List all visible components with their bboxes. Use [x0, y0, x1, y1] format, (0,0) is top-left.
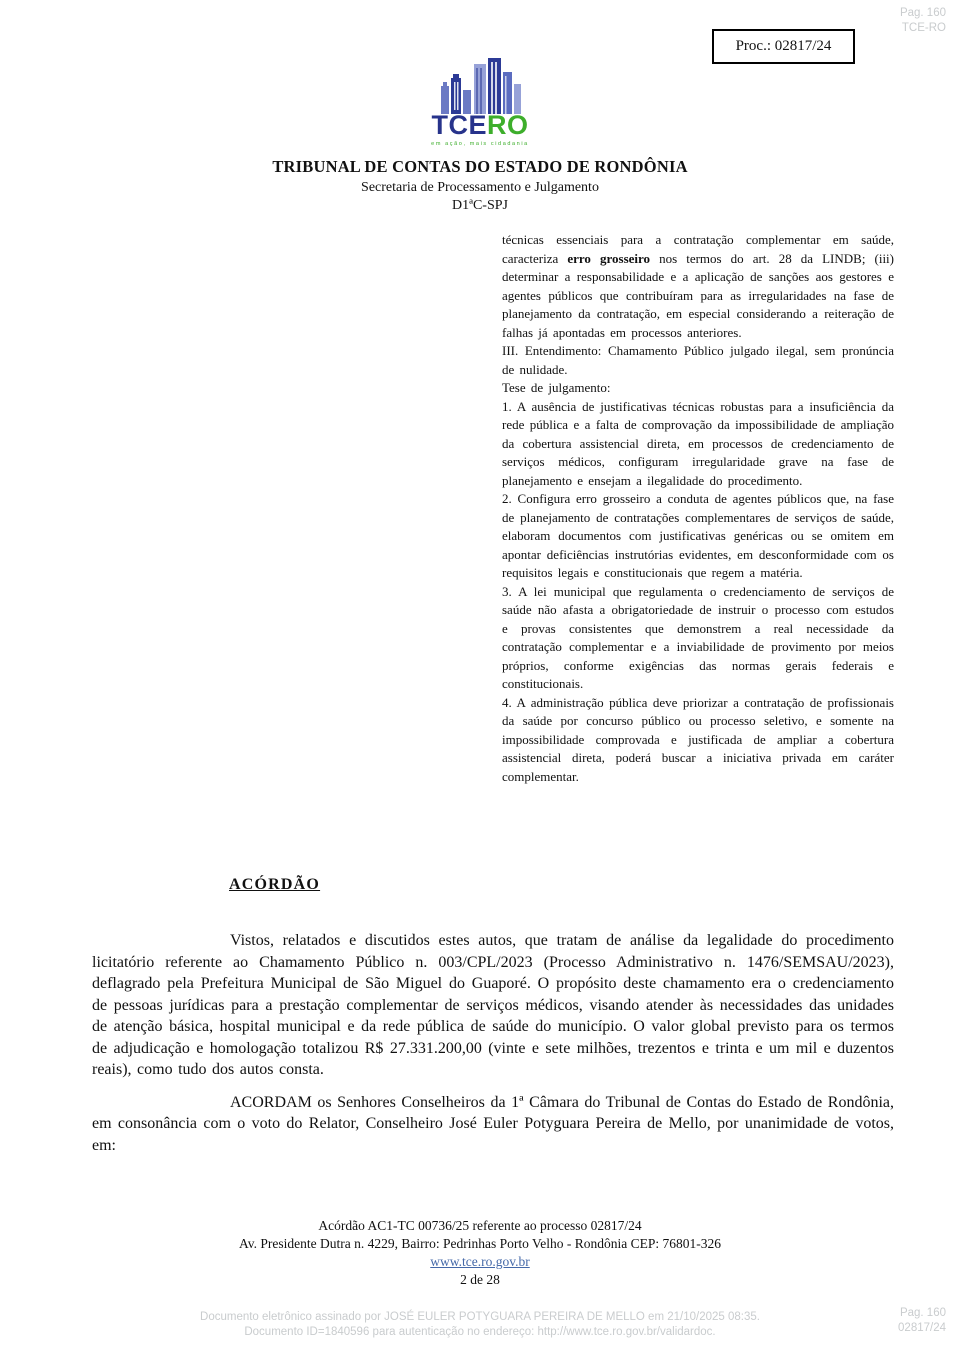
top-page-watermark: Pag. 160 TCE-RO [900, 6, 946, 36]
acordao-heading: ACÓRDÃO [229, 876, 320, 894]
bottom-page-stamp: Pag. 160 02817/24 [898, 1306, 946, 1336]
ementa-paragraph: 3. A lei municipal que regulamenta o cre… [502, 583, 894, 694]
stamp-process-number: 02817/24 [898, 1321, 946, 1336]
watermark-org: TCE-RO [900, 21, 946, 36]
signature-footer: Documento eletrônico assinado por JOSÉ E… [0, 1310, 960, 1340]
ementa-column: técnicas essenciais para a contratação c… [502, 231, 894, 786]
stamp-page-number: Pag. 160 [898, 1306, 946, 1321]
page-footer: Acórdão AC1-TC 00736/25 referente ao pro… [0, 1217, 960, 1289]
footer-page-number: 2 de 28 [0, 1271, 960, 1289]
logo-tce-text: TCE [431, 110, 487, 140]
ementa-bold-term: erro grosseiro [567, 251, 650, 266]
logo-tagline: em ação, mais cidadania [431, 141, 529, 147]
process-number-label: Proc.: 02817/24 [736, 38, 832, 55]
footer-website-link[interactable]: www.tce.ro.gov.br [430, 1254, 529, 1269]
org-title: TRIBUNAL DE CONTAS DO ESTADO DE RONDÔNIA [0, 157, 960, 177]
document-id-line: Documento ID=1840596 para autenticação n… [0, 1325, 960, 1340]
city-skyline-icon [431, 56, 529, 114]
ementa-paragraph: técnicas essenciais para a contratação c… [502, 231, 894, 342]
ementa-paragraph: Tese de julgamento: [502, 379, 894, 398]
ementa-paragraph: 1. A ausência de justificativas técnicas… [502, 398, 894, 491]
logo-ro-text: RO [487, 110, 529, 140]
body-text: Vistos, relatados e discutidos estes aut… [92, 930, 894, 1156]
ementa-paragraph: 2. Configura erro grosseiro a conduta de… [502, 490, 894, 583]
footer-address: Av. Presidente Dutra n. 4229, Bairro: Pe… [0, 1235, 960, 1253]
org-department: D1ªC-SPJ [0, 198, 960, 214]
org-secretariat: Secretaria de Processamento e Julgamento [0, 180, 960, 196]
document-page: Pag. 160 TCE-RO Proc.: 02817/24 [0, 0, 960, 1359]
ementa-paragraph: III. Entendimento: Chamamento Público ju… [502, 342, 894, 379]
logo-wordmark: TCERO [431, 112, 529, 139]
tcero-logo: TCERO em ação, mais cidadania [431, 56, 529, 147]
watermark-page-number: Pag. 160 [900, 6, 946, 21]
document-header: TCERO em ação, mais cidadania TRIBUNAL D… [0, 56, 960, 214]
body-paragraph: ACORDAM os Senhores Conselheiros da 1ª C… [92, 1092, 894, 1157]
body-paragraph: Vistos, relatados e discutidos estes aut… [92, 930, 894, 1081]
signature-line: Documento eletrônico assinado por JOSÉ E… [0, 1310, 960, 1325]
ementa-paragraph: 4. A administração pública deve prioriza… [502, 694, 894, 787]
footer-case-reference: Acórdão AC1-TC 00736/25 referente ao pro… [0, 1217, 960, 1235]
